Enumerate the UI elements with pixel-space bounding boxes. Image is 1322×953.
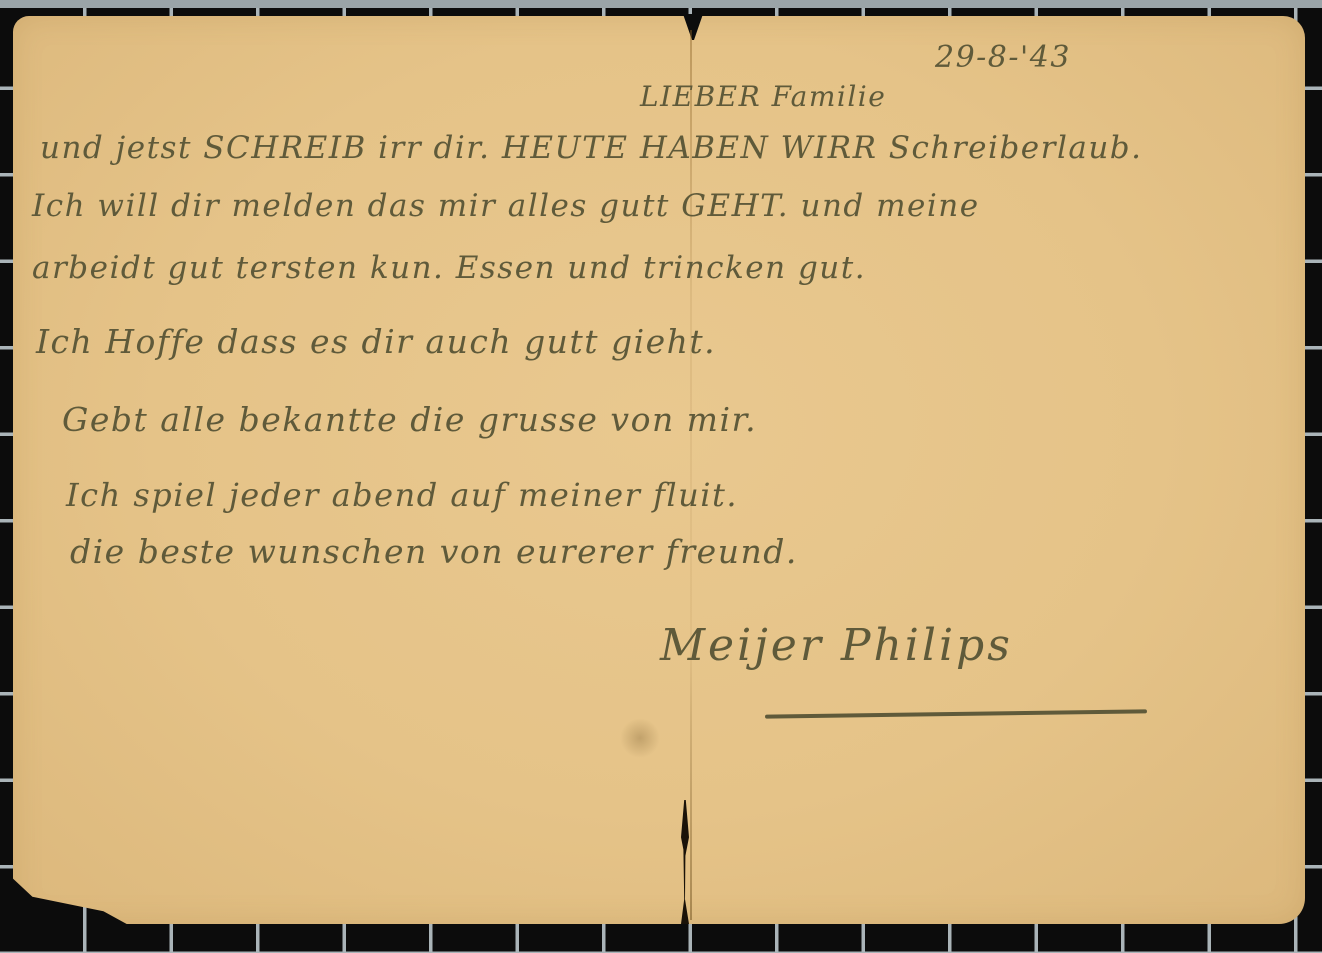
- letter-line-3: arbeidt gut tersten kun. Essen und trinc…: [32, 250, 866, 286]
- scanner-grid-top-strip: [0, 0, 1322, 8]
- letter-line-6: Ich spiel jeder abend auf meiner fluit.: [66, 476, 738, 514]
- letter-line-2: Ich will dir melden das mir alles gutt G…: [32, 188, 980, 224]
- letter-salutation: LIEBER Familie: [640, 80, 886, 113]
- letter-line-4: Ich Hoffe dass es dir auch gutt gieht.: [36, 322, 716, 361]
- letter-signature: Meijer Philips: [660, 620, 1013, 671]
- letter-date: 29-8-'43: [935, 40, 1071, 75]
- paper-stain: [620, 718, 660, 758]
- letter-line-5: Gebt alle bekantte die grusse von mir.: [62, 400, 757, 439]
- letter-line-1: und jetst SCHREIB irr dir. HEUTE HABEN W…: [40, 130, 1143, 166]
- letter-line-7: die beste wunschen von eurerer freund.: [70, 532, 798, 571]
